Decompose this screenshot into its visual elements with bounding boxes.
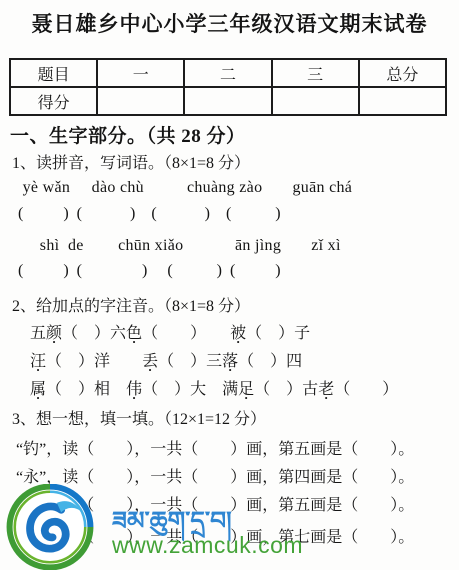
- dotted-character: 伟: [126, 381, 142, 398]
- score-table-header-row: 题目 一 二 三 总分: [10, 59, 446, 87]
- score-header-three: 三: [272, 59, 359, 87]
- text-segment: （ ）: [334, 381, 398, 398]
- score-header-two: 二: [184, 59, 271, 87]
- score-table: 题目 一 二 三 总分 得分: [9, 58, 447, 116]
- text-segment: 相: [94, 381, 110, 398]
- q1-label: 1、读拼音，写词语。（8×1=8 分）: [12, 150, 459, 173]
- dotted-character: 足: [238, 381, 254, 398]
- page-title: 聂日雄乡中心小学三年级汉语文期末试卷: [0, 8, 459, 38]
- dotted-character: 颜: [46, 325, 62, 342]
- text-segment: [110, 381, 126, 398]
- dotted-character: 色: [126, 325, 142, 342]
- text-segment: [198, 325, 230, 342]
- dotted-character: 属: [30, 381, 46, 398]
- text-segment: 三: [206, 353, 222, 370]
- text-segment: [206, 381, 222, 398]
- text-segment: （ ）: [254, 381, 302, 398]
- q3-label: 3、想一想，填一填。（12×1=12 分）: [12, 406, 459, 429]
- score-cell-one: [97, 87, 184, 115]
- text-segment: 四: [286, 353, 302, 370]
- dotted-character: 被: [230, 325, 246, 342]
- zamcuk-logo-icon: [2, 484, 98, 570]
- q1-bracket-row1: ( ) ( ) ( ) ( ): [14, 205, 459, 223]
- text-segment: （ ）: [142, 381, 190, 398]
- text-segment: （ ）: [46, 353, 94, 370]
- score-cell-three: [272, 87, 359, 115]
- dotted-character: 丢: [142, 353, 158, 370]
- watermark-url-text: www.zamcuk.com: [112, 532, 303, 559]
- text-segment: （ ）: [46, 381, 94, 398]
- q1-bracket-row2: ( ) ( ) ( ) ( ): [14, 262, 459, 280]
- text-segment: （ ）: [62, 325, 110, 342]
- exam-paper: 聂日雄乡中心小学三年级汉语文期末试卷 题目 一 二 三 总分 得分 一、生字部分…: [0, 0, 459, 570]
- score-header-timu: 题目: [10, 59, 97, 87]
- text-segment: 子: [294, 325, 310, 342]
- q2-label: 2、给加点的字注音。（8×1=8 分）: [12, 293, 459, 316]
- text-segment: 六: [110, 325, 126, 342]
- q2-line-2: 汪（ ）洋 丢（ ）三落（ ）四: [30, 348, 459, 371]
- section1-heading: 一、生字部分。（共 28 分）: [10, 121, 246, 148]
- dotted-character: 老: [318, 381, 334, 398]
- text-segment: [110, 353, 142, 370]
- q2-line-1: 五颜（ ）六色（ ） 被（ ）子: [30, 320, 459, 343]
- text-segment: （ ）: [142, 325, 198, 342]
- score-cell-two: [184, 87, 271, 115]
- text-segment: （ ）: [158, 353, 206, 370]
- text-segment: 古: [302, 381, 318, 398]
- dotted-character: 落: [222, 353, 238, 370]
- score-row-label: 得分: [10, 87, 97, 115]
- q1-pinyin-row1: yè wǎn dào chù chuàng zào guān chá: [14, 179, 459, 197]
- q1-pinyin-row2: shì de chūn xiǎo ān jìng zǐ xì: [14, 237, 459, 255]
- q2-line-3: 属（ ）相 伟（ ）大 满足（ ）古老（ ）: [30, 376, 459, 399]
- text-segment: 大: [190, 381, 206, 398]
- q3-line-1: “钓”，读（ ），一共（ ）画，第五画是（ ）。: [16, 436, 459, 459]
- text-segment: 五: [30, 325, 46, 342]
- score-header-total: 总分: [359, 59, 446, 87]
- text-segment: （ ）: [246, 325, 294, 342]
- score-cell-total: [359, 87, 446, 115]
- watermark: ཟམ་ཆུག་དྲ་བ། www.zamcuk.com: [0, 482, 350, 570]
- score-table-score-row: 得分: [10, 87, 446, 115]
- dotted-character: 汪: [30, 353, 46, 370]
- text-segment: （ ）: [238, 353, 286, 370]
- text-segment: 满: [222, 381, 238, 398]
- score-header-one: 一: [97, 59, 184, 87]
- text-segment: 洋: [94, 353, 110, 370]
